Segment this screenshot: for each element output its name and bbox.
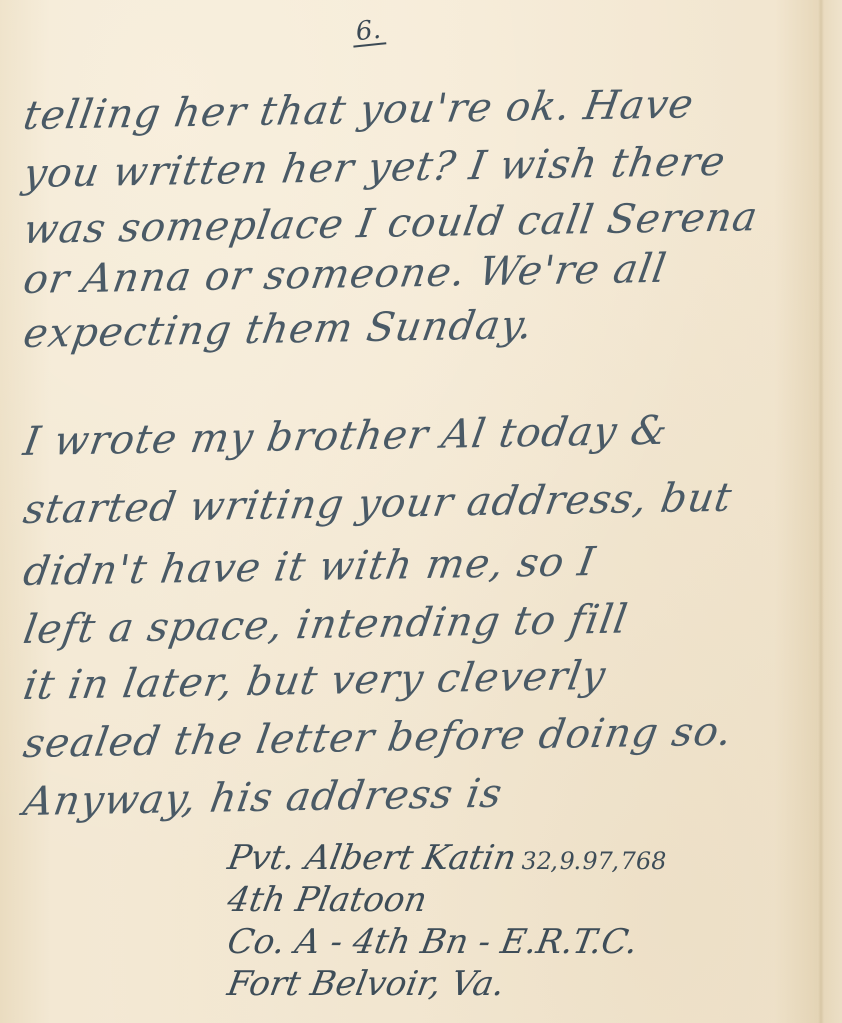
address-unit: Co. A - 4th Bn - E.R.T.C. (224, 922, 640, 962)
paper-edge (818, 0, 824, 1023)
letter-line: sealed the letter before doing so. (20, 708, 736, 768)
letter-line: Anyway, his address is (20, 770, 506, 826)
letter-line: started writing your address, but (20, 474, 735, 534)
letter-line: I wrote my brother Al today & (20, 407, 671, 466)
letter-line: it in later, but very cleverly (20, 652, 609, 710)
letter-line: expecting them Sunday. (20, 301, 536, 358)
address-name-line: Pvt. Albert Katin32,9.97,768 (224, 838, 670, 881)
address-location: Fort Belvoir, Va. (224, 964, 507, 1004)
letter-line: left a space, intending to fill (20, 596, 631, 654)
letter-line: you written her yet? I wish there (20, 138, 729, 198)
letter-line: didn't have it with me, so I (20, 538, 599, 596)
address-platoon: 4th Platoon (224, 880, 430, 920)
address-name: Pvt. Albert Katin (225, 838, 520, 878)
letter-line: or Anna or someone. We're all (20, 245, 670, 304)
letter-line: telling her that you're ok. Have (20, 80, 697, 140)
letter-page: 6. telling her that you're ok. Have you … (0, 0, 842, 1023)
page-number: 6. (351, 16, 387, 47)
serial-number: 32,9.97,768 (519, 847, 669, 875)
